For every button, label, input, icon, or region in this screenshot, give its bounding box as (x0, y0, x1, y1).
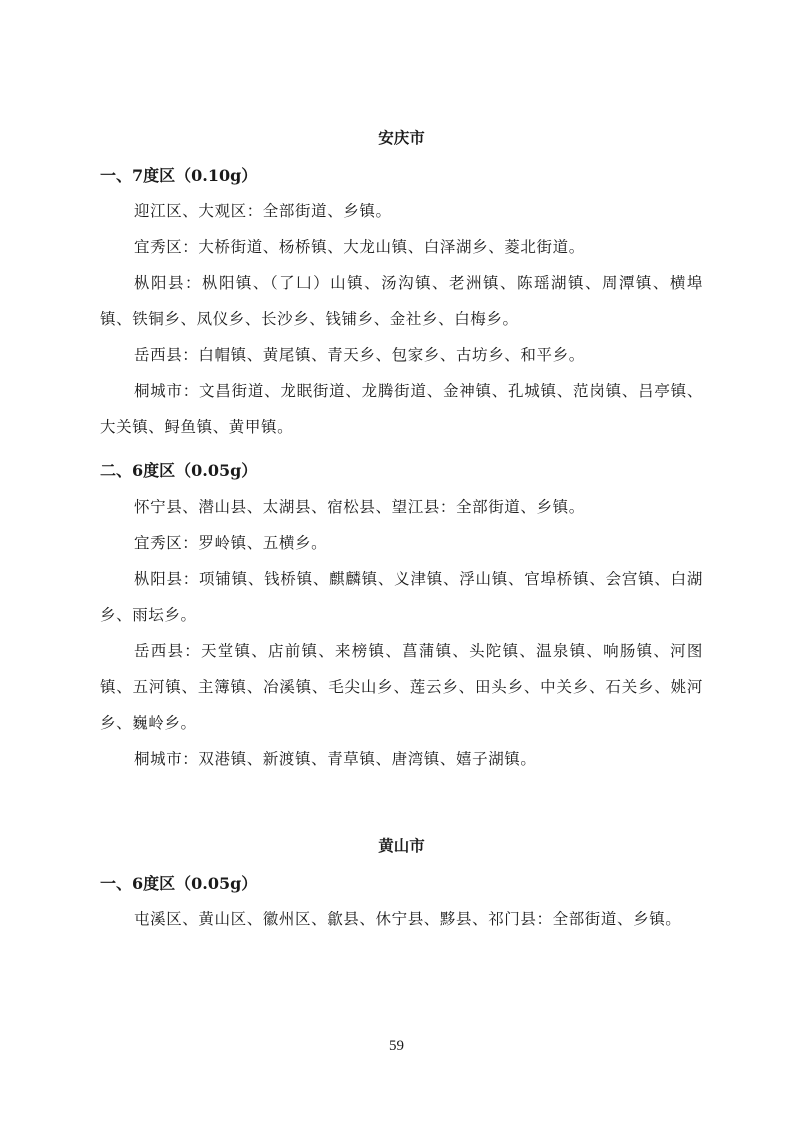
paragraph-tongcheng-7: 桐城市：文昌街道、龙眠街道、龙腾街道、金神镇、孔城镇、范岗镇、吕亭镇、大关镇、鲟… (100, 373, 703, 445)
city-title-huangshan: 黄山市 (100, 836, 703, 856)
paragraph-yixiu-6: 宜秀区：罗岭镇、五横乡。 (100, 525, 703, 561)
paragraph-zongyang-6: 枞阳县：项铺镇、钱桥镇、麒麟镇、义津镇、浮山镇、官埠桥镇、会宫镇、白湖乡、雨坛乡… (100, 561, 703, 633)
paragraph-tongcheng-6: 桐城市：双港镇、新渡镇、青草镇、唐湾镇、嬉子湖镇。 (100, 741, 703, 777)
paragraph-yingjiang-daguan: 迎江区、大观区：全部街道、乡镇。 (100, 193, 703, 229)
paragraph-counties-6: 怀宁县、潜山县、太湖县、宿松县、望江县：全部街道、乡镇。 (100, 489, 703, 525)
zone-heading-anqing-7-degree: 一、7度区（0.10g） (100, 166, 257, 186)
paragraph-zongyang-7: 枞阳县：枞阳镇、（了凵）山镇、汤沟镇、老洲镇、陈瑶湖镇、周潭镇、横埠镇、铁铜乡、… (100, 265, 703, 337)
zone-heading-anqing-6-degree: 二、6度区（0.05g） (100, 461, 257, 481)
paragraph-yuexi-6: 岳西县：天堂镇、店前镇、来榜镇、菖蒲镇、头陀镇、温泉镇、响肠镇、河图镇、五河镇、… (100, 633, 703, 741)
page-number: 59 (0, 1038, 793, 1055)
paragraph-yuexi-7: 岳西县：白帽镇、黄尾镇、青天乡、包家乡、古坊乡、和平乡。 (100, 337, 703, 373)
city-title-anqing: 安庆市 (100, 128, 703, 148)
zone-heading-huangshan-6-degree: 一、6度区（0.05g） (100, 874, 257, 894)
paragraph-huangshan-districts: 屯溪区、黄山区、徽州区、歙县、休宁县、黟县、祁门县：全部街道、乡镇。 (100, 901, 703, 937)
paragraph-yixiu-7: 宜秀区：大桥街道、杨桥镇、大龙山镇、白泽湖乡、菱北街道。 (100, 229, 703, 265)
